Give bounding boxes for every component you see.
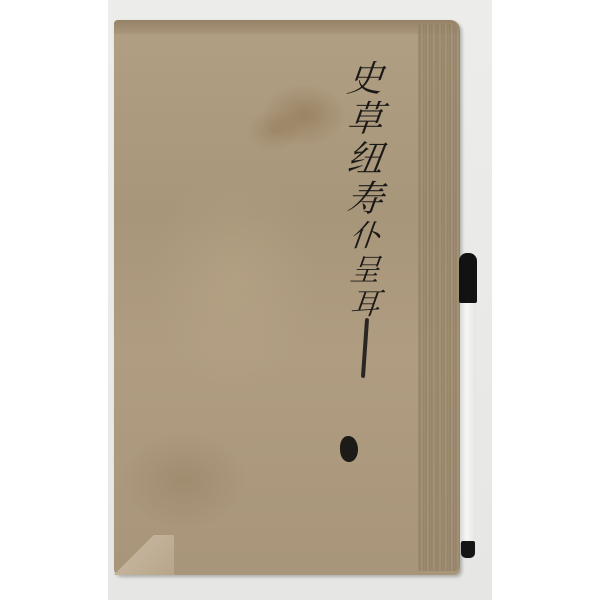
ink-stroke-tail (361, 318, 369, 378)
pen-end (461, 541, 475, 558)
title-char: 草 (345, 100, 385, 140)
cover-title-calligraphy: 史 草 纽 寿 仆 呈 耳 (342, 60, 388, 378)
page-edges (418, 24, 460, 571)
ink-blot (340, 436, 358, 462)
pen-cap (459, 253, 477, 303)
pen-body (460, 303, 476, 543)
title-char: 纽 (345, 140, 385, 180)
title-char: 史 (345, 60, 385, 100)
title-char: 呈 (348, 254, 382, 288)
title-char: 耳 (348, 288, 382, 322)
scale-pen (459, 253, 477, 558)
folded-corner (114, 535, 174, 575)
manuscript-book (114, 20, 460, 575)
title-char: 仆 (348, 220, 382, 254)
title-char: 寿 (345, 180, 385, 220)
